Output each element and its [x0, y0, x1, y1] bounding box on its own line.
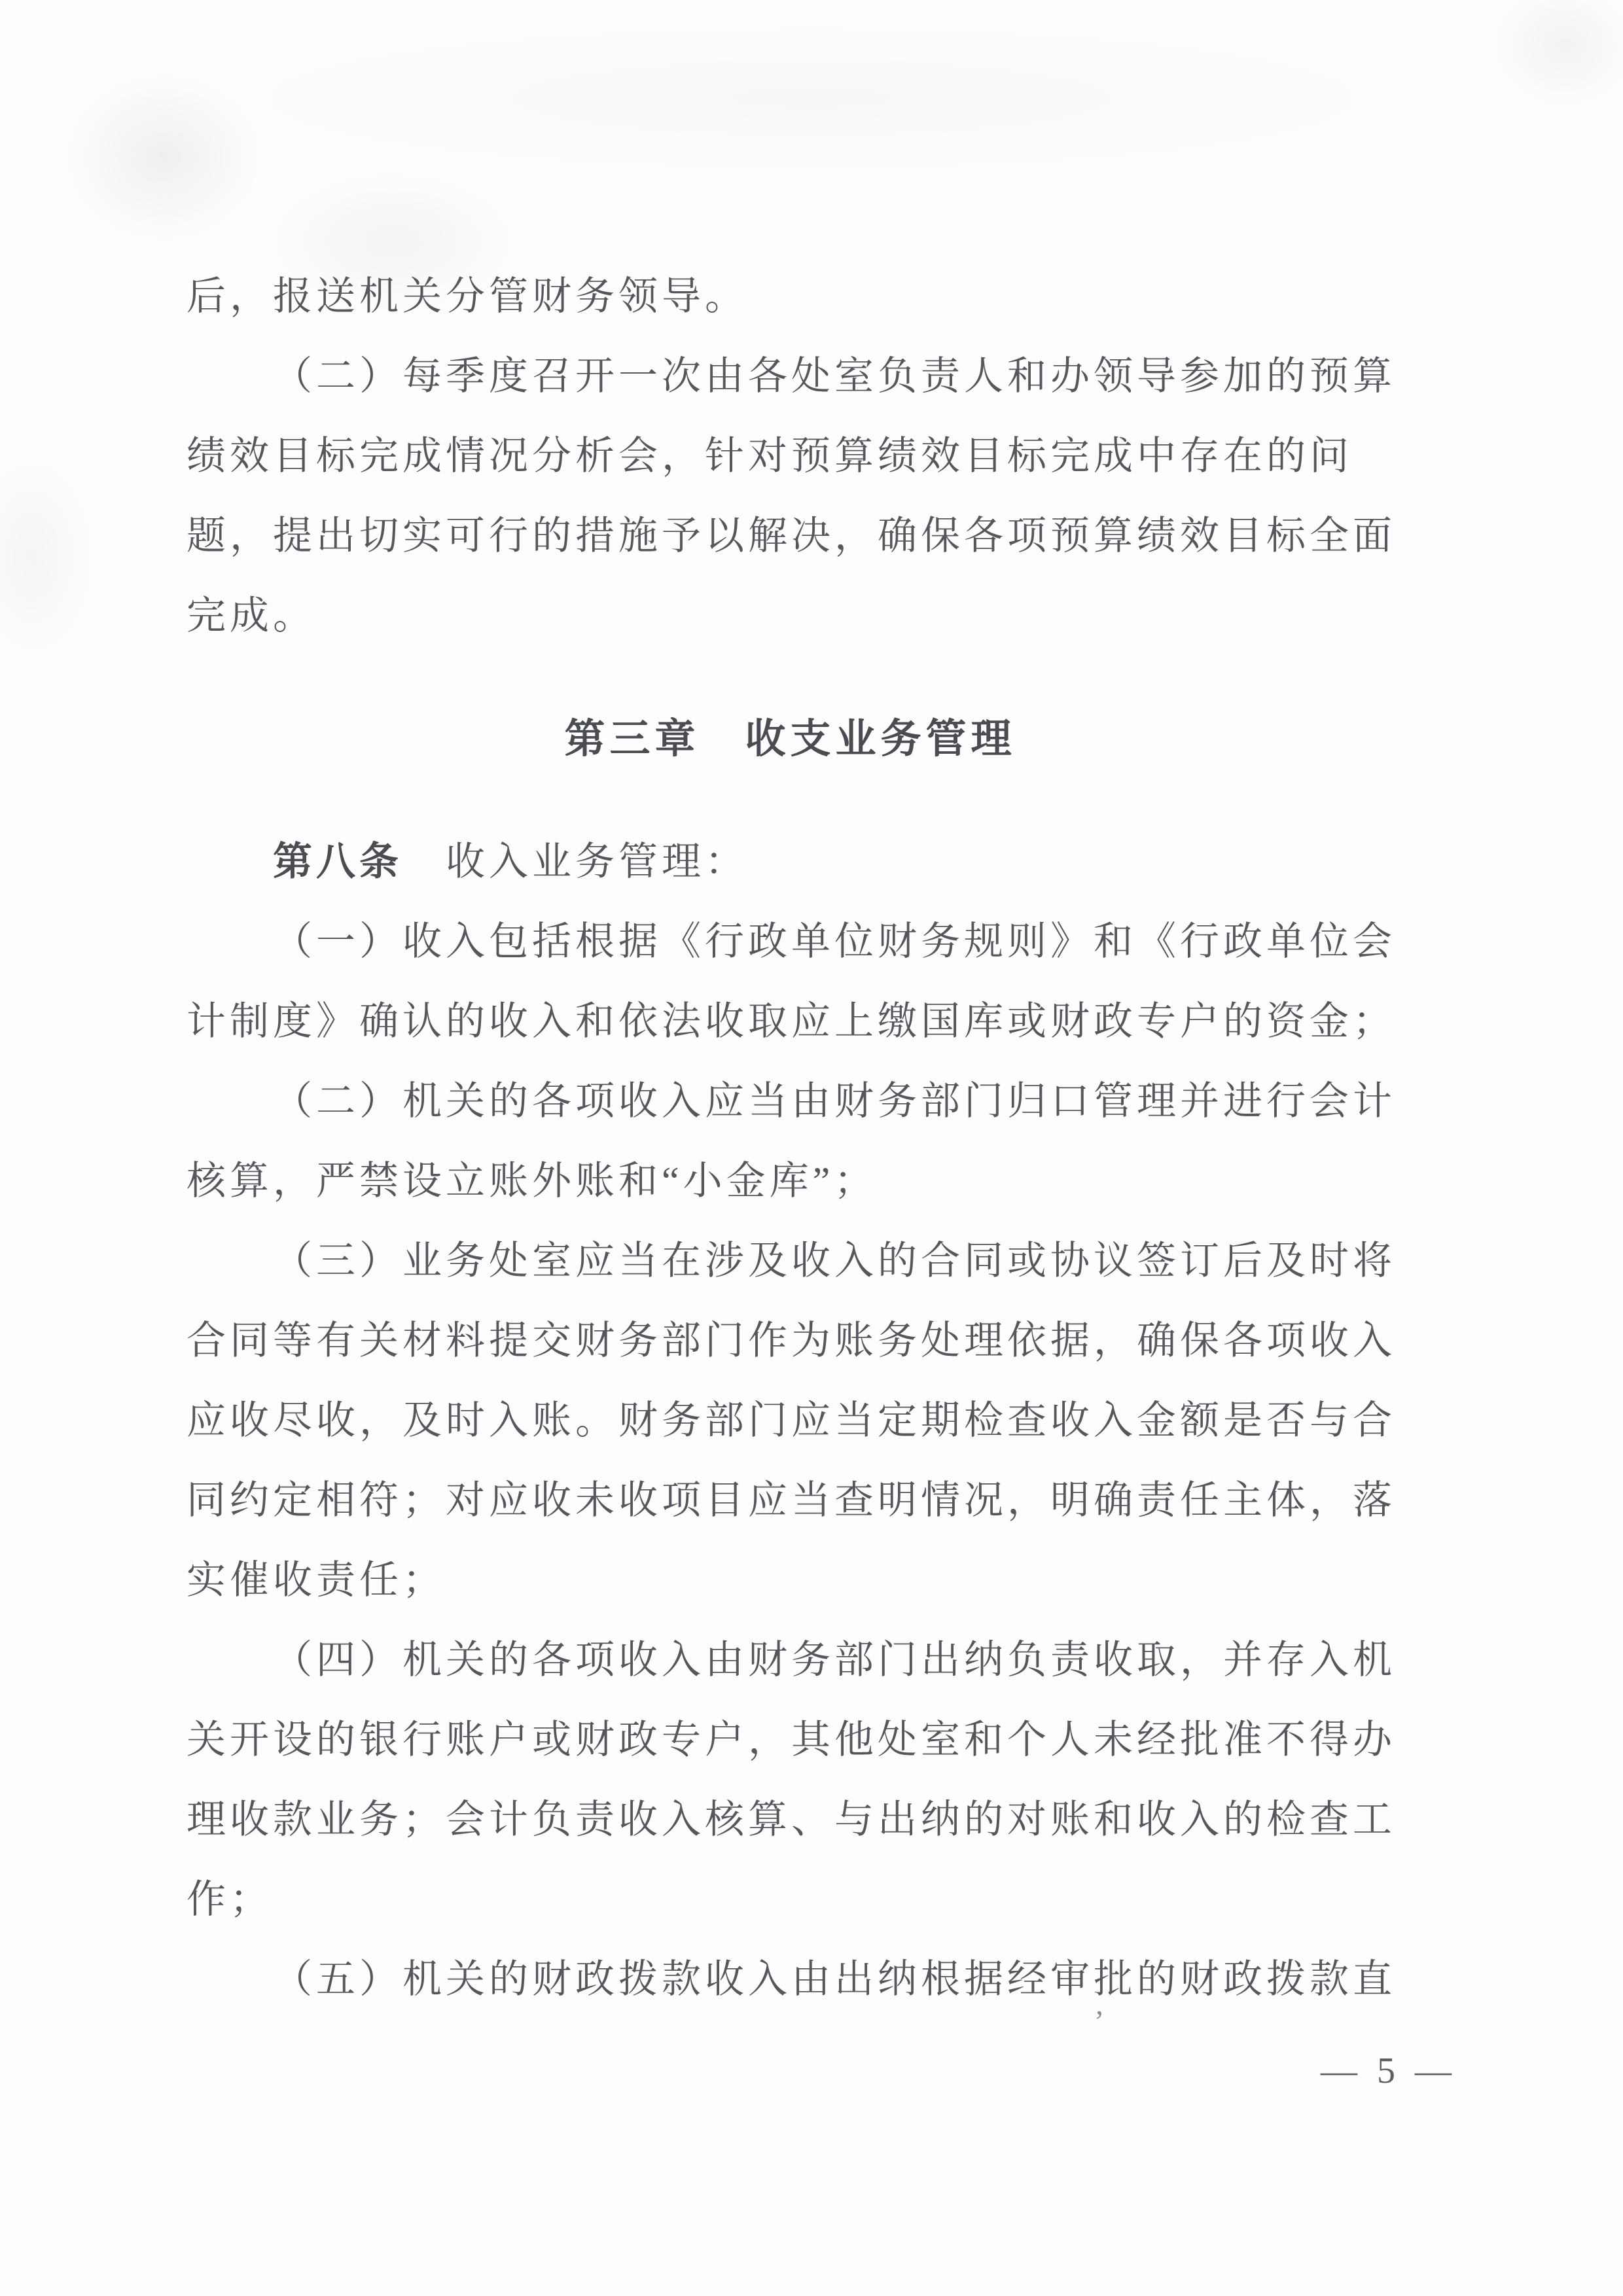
text-segment: 关开设的银行账户或财政专户，其他处室和个人未经批准不得办: [187, 1718, 1396, 1761]
text-line: 绩效目标完成情况分析会，针对预算绩效目标完成中存在的问: [187, 416, 1394, 496]
text-segment: 题，提出切实可行的措施予以解决，确保各项预算绩效目标全面: [187, 514, 1396, 557]
scan-smudge: [1466, 0, 1623, 131]
text-segment: 第三章 收支业务管理: [564, 717, 1016, 762]
text-line: （一）收入包括根据《行政单位财务规则》和《行政单位会: [187, 902, 1394, 981]
text-line: 核算，严禁设立账外账和“小金库”；: [187, 1141, 1394, 1221]
text-segment: （二）机关的各项收入应当由财务部门归口管理并进行会计: [273, 1080, 1396, 1123]
text-segment: 实催收责任；: [187, 1559, 446, 1602]
text-line: （二）每季度召开一次由各处室负责人和办领导参加的预算: [187, 336, 1394, 416]
text-segment: 同约定相符；对应收未收项目应当查明情况，明确责任主体，落: [187, 1479, 1396, 1522]
scan-smudge: [0, 419, 118, 694]
text-line: 实催收责任；: [187, 1540, 1394, 1620]
text-line: （二）机关的各项收入应当由财务部门归口管理并进行会计: [187, 1061, 1394, 1141]
text-line: （三）业务处室应当在涉及收入的合同或协议签订后及时将: [187, 1221, 1394, 1301]
text-segment: 绩效目标完成情况分析会，针对预算绩效目标完成中存在的问: [187, 434, 1353, 478]
scan-smudge: [39, 0, 1584, 196]
text-line: 应收尽收，及时入账。财务部门应当定期检查收入金额是否与合: [187, 1381, 1394, 1460]
text-segment: 理收款业务；会计负责收入核算、与出纳的对账和收入的检查工: [187, 1798, 1396, 1841]
text-line: （五）机关的财政拨款收入由出纳根据经审批的财政拨款直: [187, 1939, 1394, 2019]
text-line: （四）机关的各项收入由财务部门出纳负责收取，并存入机: [187, 1620, 1394, 1700]
text-line: 第八条 收入业务管理：: [187, 822, 1394, 902]
document-body: 后，报送机关分管财务领导。（二）每季度召开一次由各处室负责人和办领导参加的预算绩…: [187, 256, 1394, 2019]
text-line: 完成。: [187, 576, 1394, 656]
text-line: 作；: [187, 1860, 1394, 1939]
text-segment: 第八条: [273, 840, 402, 883]
text-segment: 完成。: [187, 594, 316, 637]
text-line: 合同等有关材料提交财务部门作为账务处理依据，确保各项收入: [187, 1301, 1394, 1381]
document-page: 后，报送机关分管财务领导。（二）每季度召开一次由各处室负责人和办领导参加的预算绩…: [0, 0, 1623, 2296]
text-segment: 应收尽收，及时入账。财务部门应当定期检查收入金额是否与合: [187, 1399, 1396, 1442]
scan-speck: ’: [1094, 2004, 1104, 2038]
text-line: 后，报送机关分管财务领导。: [187, 256, 1394, 336]
text-segment: 后，报送机关分管财务领导。: [187, 275, 748, 318]
text-segment: （二）每季度召开一次由各处室负责人和办领导参加的预算: [273, 355, 1396, 398]
text-segment: 计制度》确认的收入和依法收取应上缴国库或财政专户的资金；: [187, 1000, 1396, 1043]
text-segment: （五）机关的财政拨款收入由出纳根据经审批的财政拨款直: [273, 1958, 1396, 2001]
text-line: 同约定相符；对应收未收项目应当查明情况，明确责任主体，落: [187, 1460, 1394, 1540]
text-segment: 作；: [187, 1878, 273, 1921]
text-line: 关开设的银行账户或财政专户，其他处室和个人未经批准不得办: [187, 1700, 1394, 1780]
text-segment: （一）收入包括根据《行政单位财务规则》和《行政单位会: [273, 920, 1396, 963]
text-line: 题，提出切实可行的措施予以解决，确保各项预算绩效目标全面: [187, 496, 1394, 576]
text-segment: 核算，严禁设立账外账和“小金库”；: [187, 1159, 877, 1203]
chapter-heading: 第三章 收支业务管理: [187, 699, 1394, 779]
page-number: — 5 —: [1321, 2034, 1457, 2108]
text-segment: 合同等有关材料提交财务部门作为账务处理依据，确保各项收入: [187, 1319, 1396, 1362]
text-line: 理收款业务；会计负责收入核算、与出纳的对账和收入的检查工: [187, 1780, 1394, 1860]
scan-smudge: [26, 39, 301, 275]
text-segment: 收入业务管理：: [402, 840, 748, 883]
text-line: 计制度》确认的收入和依法收取应上缴国库或财政专户的资金；: [187, 981, 1394, 1061]
text-segment: （四）机关的各项收入由财务部门出纳负责收取，并存入机: [273, 1638, 1396, 1682]
text-segment: （三）业务处室应当在涉及收入的合同或协议签订后及时将: [273, 1239, 1396, 1282]
